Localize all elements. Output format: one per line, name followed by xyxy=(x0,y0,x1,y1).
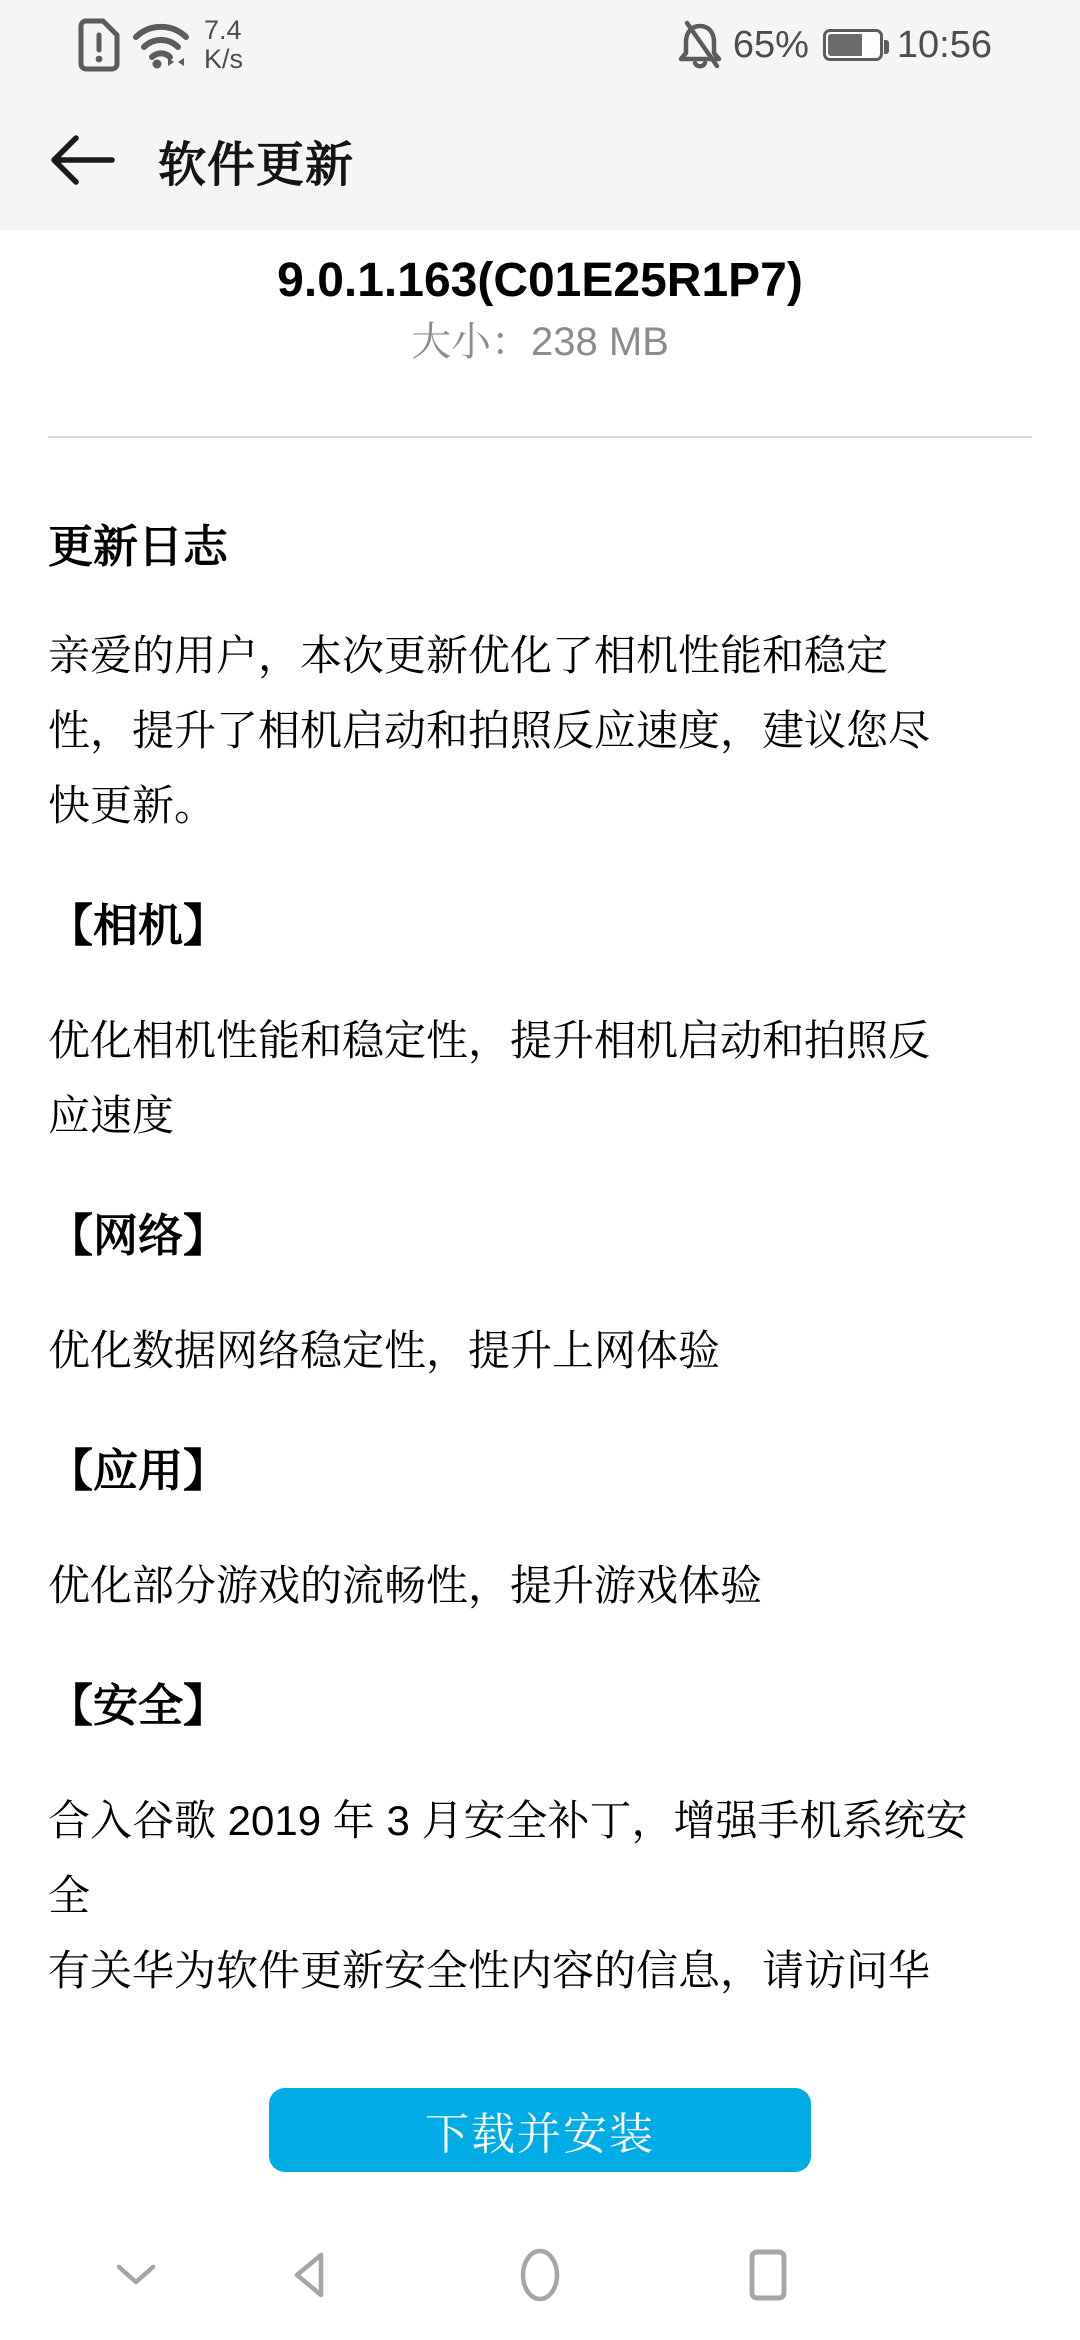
screen: 7.4 K/s 65% 10:56 xyxy=(0,0,1080,2340)
battery-percent: 65% xyxy=(733,24,809,67)
app-bar: 软件更新 xyxy=(0,90,1080,230)
changelog-intro: 亲爱的用户，本次更新优化了相机性能和稳定 性，提升了相机启动和拍照反应速度，建议… xyxy=(48,618,1032,843)
divider xyxy=(48,436,1032,438)
version-number: 9.0.1.163(C01E25R1P7) xyxy=(48,252,1032,310)
status-bar: 7.4 K/s 65% 10:56 xyxy=(0,0,1080,90)
sim-alert-icon xyxy=(78,18,120,72)
section-body-apps: 优化部分游戏的流畅性，提升游戏体验 xyxy=(48,1548,1032,1623)
wifi-icon xyxy=(132,21,190,69)
battery-cap xyxy=(884,40,889,54)
section-title-network: 【网络】 xyxy=(48,1209,1032,1263)
update-content: 9.0.1.163(C01E25R1P7) 大小：238 MB 更新日志 亲爱的… xyxy=(0,252,1080,2172)
navigation-bar xyxy=(0,2210,1080,2340)
section-body-network: 优化数据网络稳定性，提升上网体验 xyxy=(48,1313,1032,1388)
section-title-camera: 【相机】 xyxy=(48,899,1032,953)
network-speed-value: 7.4 xyxy=(204,16,243,45)
changelog-title: 更新日志 xyxy=(48,520,1032,574)
back-triangle-icon[interactable] xyxy=(290,2250,326,2300)
section-body-security: 合入谷歌 2019 年 3 月安全补丁，增强手机系统安 全 有关华为软件更新安全… xyxy=(48,1783,1032,2008)
recents-square-icon[interactable] xyxy=(749,2249,787,2301)
chevron-down-icon[interactable] xyxy=(115,2263,157,2287)
home-circle-icon[interactable] xyxy=(519,2247,561,2303)
network-speed: 7.4 K/s xyxy=(204,16,243,74)
clock: 10:56 xyxy=(897,24,992,67)
page-title: 软件更新 xyxy=(158,126,354,195)
notifications-off-icon xyxy=(677,20,723,70)
update-size: 大小：238 MB xyxy=(48,318,1032,366)
status-right-group: 65% 10:56 xyxy=(677,20,992,70)
battery-fill xyxy=(828,34,862,56)
back-arrow-icon[interactable] xyxy=(48,130,118,190)
battery-icon xyxy=(823,29,883,61)
network-speed-unit: K/s xyxy=(204,45,243,74)
section-title-apps: 【应用】 xyxy=(48,1444,1032,1498)
section-title-security: 【安全】 xyxy=(48,1679,1032,1733)
top-bars: 7.4 K/s 65% 10:56 xyxy=(0,0,1080,230)
status-left-group: 7.4 K/s xyxy=(78,16,243,74)
section-body-camera: 优化相机性能和稳定性，提升相机启动和拍照反 应速度 xyxy=(48,1003,1032,1153)
download-install-button[interactable]: 下载并安装 xyxy=(269,2088,811,2172)
